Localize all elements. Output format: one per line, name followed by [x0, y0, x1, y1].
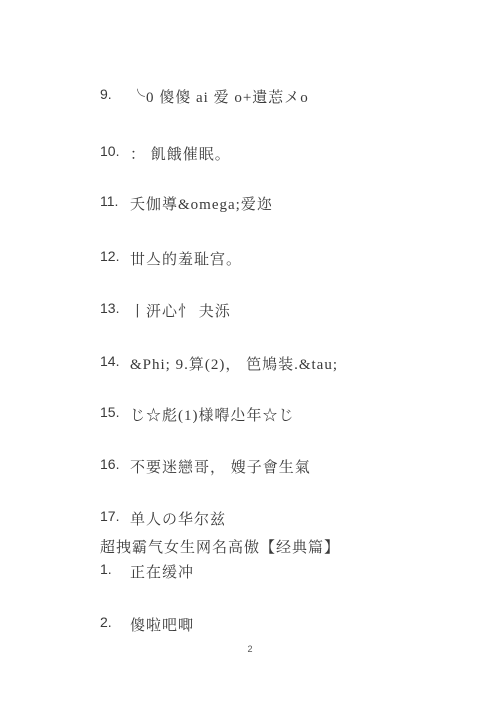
list-item-number: 16.	[100, 456, 130, 472]
list-item-text: じ☆彪(1)様嘚尐年☆じ	[130, 404, 295, 425]
list-item: 12. 丗亼的羞耻宫。	[100, 248, 242, 269]
list-item-number: 1.	[100, 561, 130, 577]
list-item: 11. 夭伽導&omega;爱迩	[100, 193, 273, 214]
list-item-text: 单人の华尔兹	[130, 508, 226, 529]
list-item: 13. 丨汧心忄 夬泺	[100, 300, 231, 321]
list-item: 2. 傻啦吧唧	[100, 614, 194, 635]
list-item-text: 正在缓冲	[130, 561, 194, 582]
list-item: 14. &Phi; 9.算(2)， 笆鳩装.&tau;	[100, 353, 338, 374]
list-item-text: 丨汧心忄 夬泺	[130, 300, 231, 321]
list-item-number: 9.	[100, 86, 130, 102]
list-item: 15. じ☆彪(1)様嘚尐年☆じ	[100, 404, 295, 425]
list-item-number: 15.	[100, 404, 130, 420]
section-heading: 超拽霸气女生网名高傲【经典篇】	[100, 536, 340, 557]
list-item-text: 傻啦吧唧	[130, 614, 194, 635]
list-item-number: 10.	[100, 143, 130, 159]
list-item-text: ： 飢餓催眠。	[130, 143, 231, 164]
list-item: 16. 不要迷戀哥， 嫂子會生氣	[100, 456, 311, 477]
list-item-text: 夭伽導&omega;爱迩	[130, 193, 273, 214]
document-page: 9. ╰0 傻傻 ai 爱 o+遺莣メo 10. ： 飢餓催眠。 11. 夭伽導…	[0, 0, 500, 708]
page-number: 2	[0, 644, 500, 654]
list-item-number: 17.	[100, 508, 130, 524]
list-item-number: 14.	[100, 353, 130, 369]
list-item-text: &Phi; 9.算(2)， 笆鳩装.&tau;	[130, 353, 338, 374]
list-item: 17. 单人の华尔兹	[100, 508, 226, 529]
list-item-text: 不要迷戀哥， 嫂子會生氣	[130, 456, 311, 477]
list-item-number: 2.	[100, 614, 130, 630]
list-item-text: 丗亼的羞耻宫。	[130, 248, 242, 269]
list-item-text: ╰0 傻傻 ai 爱 o+遺莣メo	[130, 86, 309, 107]
list-item: 9. ╰0 傻傻 ai 爱 o+遺莣メo	[100, 86, 309, 107]
list-item-number: 13.	[100, 300, 130, 316]
list-item-number: 12.	[100, 248, 130, 264]
list-item: 1. 正在缓冲	[100, 561, 194, 582]
list-item: 10. ： 飢餓催眠。	[100, 143, 231, 164]
list-item-number: 11.	[100, 193, 130, 209]
